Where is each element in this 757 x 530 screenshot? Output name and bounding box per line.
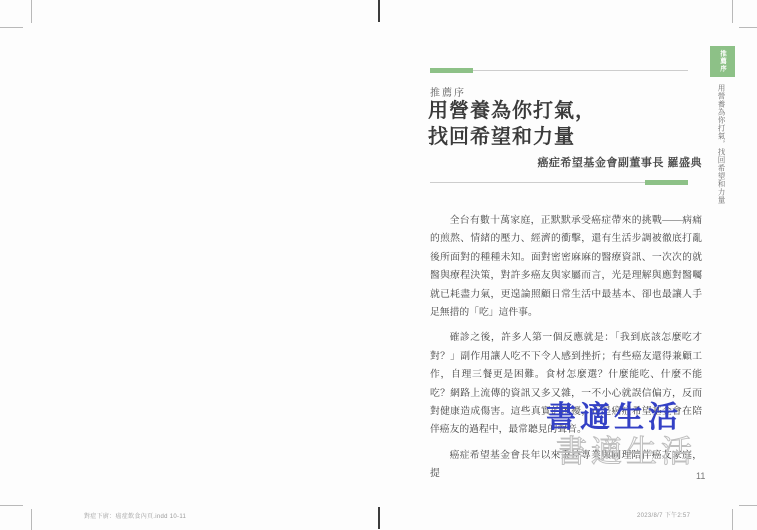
chapter-tab: 推薦序 xyxy=(710,46,735,77)
title-rule-bottom-accent xyxy=(645,180,688,185)
footer-filename: 對症下廚：癌症飲食內頁.indd 10-11 xyxy=(84,511,186,520)
crop-mark-bottom-left-h xyxy=(0,505,23,506)
footer-timestamp: 2023/8/7 下午2:57 xyxy=(637,510,690,519)
crop-mark-top-right-h xyxy=(739,27,757,28)
page-title: 用營養為你打氣， 找回希望和力量 xyxy=(428,98,728,150)
crop-mark-top-left-h xyxy=(0,27,23,28)
left-page xyxy=(31,27,378,505)
author-line: 癌症希望基金會副董事長 羅盛典 xyxy=(430,154,702,170)
preface-tag: 推薦序 xyxy=(430,84,466,99)
page-number: 11 xyxy=(696,471,705,481)
crop-mark-top-right-v xyxy=(732,0,733,23)
page-title-line2: 找回希望和力量 xyxy=(428,126,575,148)
page-title-line1: 用營養為你打氣， xyxy=(428,100,596,122)
print-preview-canvas: 推薦序 用營養為你打氣， 找回希望和力量 癌症希望基金會副董事長 羅盛典 全台有… xyxy=(0,0,757,530)
chapter-side-title: 用營養為你打氣，找回希望和力量 xyxy=(716,84,727,244)
chapter-tab-label: 推薦序 xyxy=(718,50,727,73)
crop-mark-bottom-right-v xyxy=(732,509,733,530)
crop-mark-bottom-right-h xyxy=(739,505,757,506)
crop-mark-top-left-v xyxy=(31,0,32,23)
paragraph-1: 全台有數十萬家庭，正默默承受癌症帶來的挑戰——病痛的煎熬、情緒的壓力、經濟的衝擊… xyxy=(430,212,702,322)
watermark-outline: 書適生活 xyxy=(556,426,696,471)
fold-mark-bottom-center xyxy=(378,507,380,529)
title-rule-top-accent xyxy=(430,68,473,73)
crop-mark-bottom-left-v xyxy=(31,509,32,530)
fold-mark-top-center xyxy=(378,0,380,22)
